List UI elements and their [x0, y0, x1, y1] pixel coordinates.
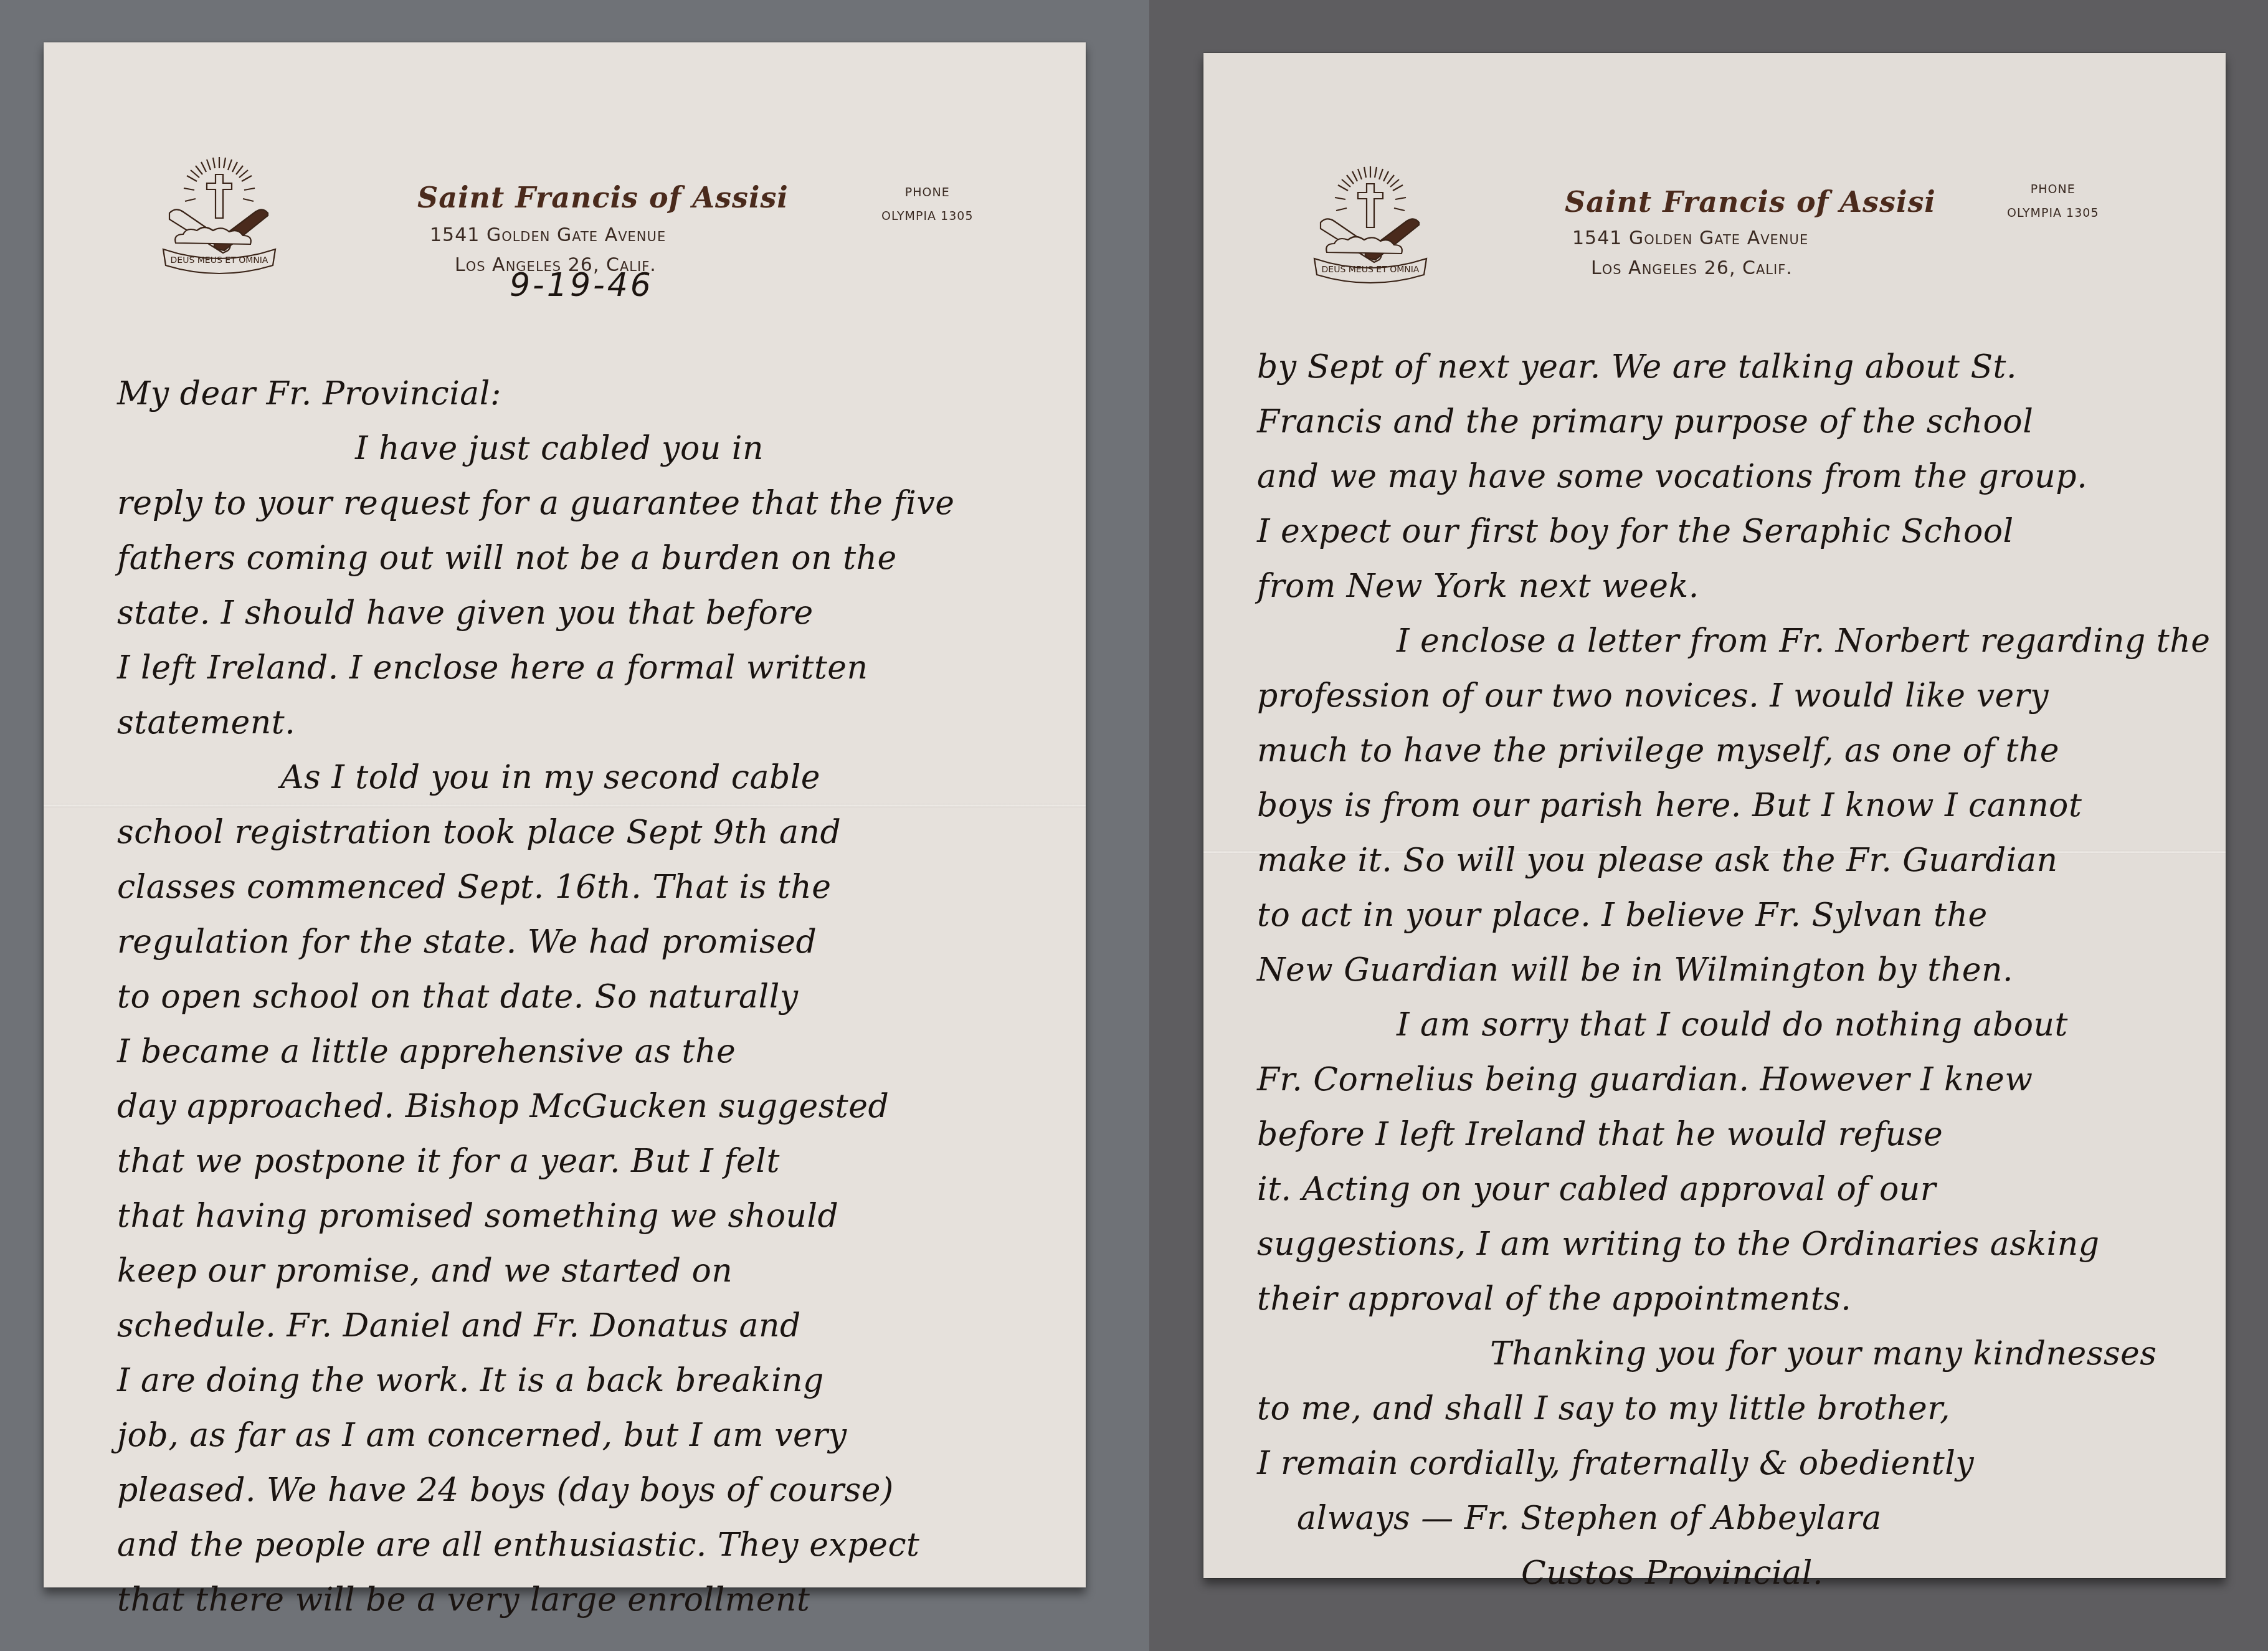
body-line: by Sept of next year. We are talking abo…	[1203, 340, 2226, 394]
body-line: New Guardian will be in Wilmington by th…	[1203, 943, 2226, 997]
body-line: pleased. We have 24 boys (day boys of co…	[44, 1463, 1086, 1518]
body-line: profession of our two novices. I would l…	[1203, 668, 2226, 723]
body-line: that having promised something we should	[44, 1189, 1086, 1244]
letter-body-page-1: My dear Fr. Provincial: I have just cabl…	[44, 366, 1086, 1627]
body-line: schedule. Fr. Daniel and Fr. Donatus and	[44, 1298, 1086, 1353]
svg-text:DEUS MEUS ET OMNIA: DEUS MEUS ET OMNIA	[1322, 265, 1420, 275]
letter-body-page-2: by Sept of next year. We are talking abo…	[1203, 340, 2226, 1601]
body-line: fathers coming out will not be a burden …	[44, 531, 1086, 586]
body-line: make it. So will you please ask the Fr. …	[1203, 833, 2226, 888]
body-line: their approval of the appointments.	[1203, 1272, 2226, 1326]
body-line: regulation for the state. We had promise…	[44, 915, 1086, 969]
body-line: school registration took place Sept 9th …	[44, 805, 1086, 860]
letterhead-address-line-2: Los Angeles 26, Calif.	[1591, 257, 1793, 279]
salutation: My dear Fr. Provincial:	[44, 366, 1086, 421]
body-line: Thanking you for your many kindnesses	[1203, 1326, 2226, 1381]
closing-line: I remain cordially, fraternally & obedie…	[1203, 1436, 2226, 1491]
body-line: I have just cabled you in	[44, 421, 1086, 476]
body-line: Francis and the primary purpose of the s…	[1203, 394, 2226, 449]
body-line: boys is from our parish here. But I know…	[1203, 778, 2226, 833]
phone-number: OLYMPIA 1305	[2007, 201, 2099, 225]
letter-page-1: DEUS MEUS ET OMNIA Saint Francis of Assi…	[44, 42, 1086, 1587]
body-line: to act in your place. I believe Fr. Sylv…	[1203, 888, 2226, 943]
franciscan-emblem-icon: DEUS MEUS ET OMNIA	[157, 156, 282, 280]
body-line: I are doing the work. It is a back break…	[44, 1353, 1086, 1408]
body-line: that we postpone it for a year. But I fe…	[44, 1134, 1086, 1189]
body-line: statement.	[44, 695, 1086, 750]
body-line: I enclose a letter from Fr. Norbert rega…	[1203, 614, 2226, 668]
body-line: keep our promise, and we started on	[44, 1244, 1086, 1298]
letterhead-title: Saint Francis of Assisi	[417, 181, 789, 214]
letterhead-address-line-1: 1541 Golden Gate Avenue	[1572, 227, 1808, 249]
body-line: I expect our first boy for the Seraphic …	[1203, 504, 2226, 559]
body-line: I became a little apprehensive as the	[44, 1024, 1086, 1079]
signature-title: Custos Provincial.	[1203, 1546, 2226, 1601]
letter-page-2: DEUS MEUS ET OMNIA Saint Francis of Assi…	[1203, 53, 2226, 1578]
letterhead-phone: PHONE OLYMPIA 1305	[881, 181, 973, 228]
body-line: reply to your request for a guarantee th…	[44, 476, 1086, 531]
body-line: day approached. Bishop McGucken suggeste…	[44, 1079, 1086, 1134]
body-line: before I left Ireland that he would refu…	[1203, 1107, 2226, 1162]
body-line: and we may have some vocations from the …	[1203, 449, 2226, 504]
body-line: job, as far as I am concerned, but I am …	[44, 1408, 1086, 1463]
body-line: state. I should have given you that befo…	[44, 586, 1086, 640]
body-line: to me, and shall I say to my little brot…	[1203, 1381, 2226, 1436]
body-line: suggestions, I am writing to the Ordinar…	[1203, 1217, 2226, 1272]
body-line: As I told you in my second cable	[44, 750, 1086, 805]
svg-text:DEUS MEUS ET OMNIA: DEUS MEUS ET OMNIA	[171, 255, 268, 265]
letterhead-phone: PHONE OLYMPIA 1305	[2007, 178, 2099, 225]
letterhead-title: Saint Francis of Assisi	[1565, 185, 1936, 219]
body-line: that there will be a very large enrollme…	[44, 1572, 1086, 1627]
body-line: I am sorry that I could do nothing about	[1203, 997, 2226, 1052]
signature: always — Fr. Stephen of Abbeylara	[1203, 1491, 2226, 1546]
phone-label: PHONE	[2007, 178, 2099, 201]
body-line: to open school on that date. So naturall…	[44, 969, 1086, 1024]
body-line: it. Acting on your cabled approval of ou…	[1203, 1162, 2226, 1217]
letter-date: 9-19-46	[510, 267, 653, 304]
body-line: much to have the privilege myself, as on…	[1203, 723, 2226, 778]
franciscan-emblem-icon: DEUS MEUS ET OMNIA	[1308, 165, 1433, 290]
body-line: and the people are all enthusiastic. The…	[44, 1518, 1086, 1572]
body-line: from New York next week.	[1203, 559, 2226, 614]
phone-label: PHONE	[881, 181, 973, 204]
body-line: Fr. Cornelius being guardian. However I …	[1203, 1052, 2226, 1107]
body-line: classes commenced Sept. 16th. That is th…	[44, 860, 1086, 915]
letterhead-address-line-1: 1541 Golden Gate Avenue	[430, 224, 666, 246]
phone-number: OLYMPIA 1305	[881, 204, 973, 228]
body-line: I left Ireland. I enclose here a formal …	[44, 640, 1086, 695]
